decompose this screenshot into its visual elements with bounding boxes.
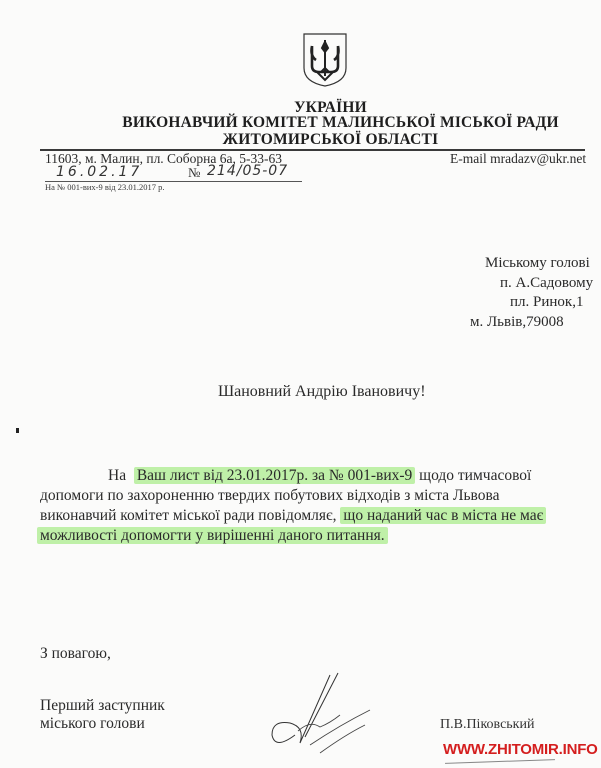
position-line: міського голови: [40, 715, 165, 733]
signatory-position: Перший заступник міського голови: [40, 697, 165, 733]
organization-email: E-mail mradazv@ukr.net: [450, 151, 586, 167]
closing: З повагою,: [40, 645, 111, 663]
outgoing-date: 16.02.17: [56, 164, 142, 180]
recipient-line: пл. Ринок,1: [470, 293, 593, 313]
salutation: Шановний Андрію Івановичу!: [218, 383, 426, 401]
recipient-line: м. Львів,79008: [470, 313, 593, 333]
outgoing-number: 214/05-07: [207, 163, 288, 179]
signatory-name: П.В.Піковський: [440, 717, 534, 733]
recipient-block: Міському голові п. А.Садовому пл. Ринок,…: [470, 254, 593, 332]
recipient-line: п. А.Садовому: [470, 274, 593, 294]
recipient-line: Міському голові: [470, 254, 593, 274]
reference-line: На № 001-вих-9 від 23.01.2017 р.: [45, 182, 164, 192]
outgoing-number-label: №: [188, 165, 200, 181]
trident-coat-of-arms-icon: [302, 32, 348, 88]
position-line: Перший заступник: [40, 697, 165, 715]
body-text: допомоги по захороненню твердих побутови…: [40, 487, 500, 504]
letterhead-organization: ВИКОНАВЧИЙ КОМІТЕТ МАЛИНСЬКОЇ МІСЬКОЇ РА…: [40, 114, 601, 132]
number-underline: [207, 181, 302, 182]
scan-speck: [16, 428, 19, 433]
highlighted-text: що наданий час в міста не має: [340, 507, 546, 524]
watermark-underline: [445, 759, 555, 764]
highlighted-text: Ваш лист від 23.01.2017р. за № 001-вих-9: [134, 467, 415, 484]
body-text: На: [108, 467, 126, 484]
site-watermark: WWW.ZHITOMIR.INFO: [443, 741, 598, 758]
highlighted-text: можливості допомогти у вирішенні даного …: [37, 527, 388, 544]
signature: [270, 665, 390, 755]
letterhead-region: ЖИТОМИРСЬКОЇ ОБЛАСТІ: [30, 131, 601, 149]
body-text: виконавчий комітет міської ради повідомл…: [40, 507, 337, 524]
body-text: щодо тимчасової: [419, 467, 531, 484]
